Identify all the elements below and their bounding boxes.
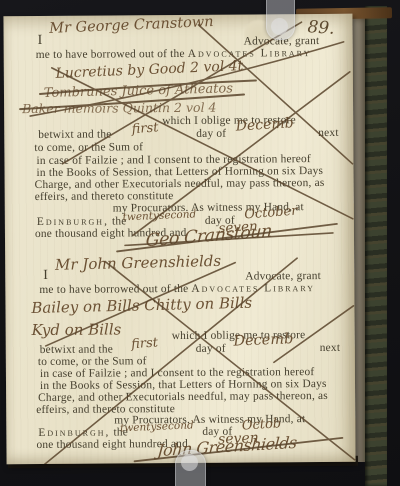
mounting-clip-bottom [175,450,206,486]
printed-pronoun: I [38,33,43,49]
printed-next: next [320,342,341,354]
borrower-name: Mr John Greenshields [55,252,222,274]
printed-borrowed: me to have borrowed out of the [36,48,188,61]
printed-advocate-grant: Advocate, grant [245,270,321,283]
book-line: Tombrunes Juice of Atheatos [44,81,233,101]
printed-next: next [318,127,339,139]
printed-betwixt: betwixt and the [38,128,111,141]
printed-betwixt: betwixt and the [40,343,113,356]
printed-edinburgh: Edinburgh, [38,426,110,439]
signature: Geo Cranstoun [145,221,272,251]
printed-charge: Charge, and other Executorials needful, … [35,177,325,191]
due-month: Decemb [235,115,294,134]
printed-charge: Charge, and other Executorials needful, … [38,390,328,404]
printed-day-of: day of [196,343,226,355]
document-page: 89. I Mr George Cranstown Advocate, gran… [3,14,355,464]
signed-day: twentysecond [120,419,194,434]
printed-borrowed-line: me to have borrowed out of the Advocates… [36,47,312,61]
entry-block-1: I Mr George Cranstown Advocate, grant me… [3,14,352,16]
printed-library-name: Advocates Library [191,282,315,295]
printed-pronoun: I [43,268,48,284]
printed-edinburgh-line: Edinburgh, the [38,426,128,439]
signed-day: twentysecond [122,208,196,223]
printed-borrowed-line: me to have borrowed out of the Advocates… [39,282,315,296]
printed-to-come: to come, or the Sum of [38,355,147,368]
printed-effeirs: effeirs, and thereto constitute [35,190,174,203]
borrower-name: Mr George Cranstown [49,14,214,37]
book-line: Baker memoirs Quintin 2 vol 4 [22,100,216,116]
photo-background: 89. I Mr George Cranstown Advocate, gran… [0,0,400,486]
printed-to-come: to come, or the Sum of [34,141,143,154]
book-board-edge [365,6,387,486]
printed-day-of: day of [196,128,226,140]
printed-library-name: Advocates Library [188,47,312,60]
mounting-clip-dot [271,18,288,35]
book-line: Bailey on Bills Chitty on Bills [31,294,252,317]
due-day: first [131,120,159,137]
mounting-clip-dot [181,454,198,471]
book-line: Lucretius by Good 2 vol 4t [55,58,243,82]
mounting-clip-top [266,0,295,40]
printed-edinburgh-line: Edinburgh, the [37,215,127,228]
printed-borrowed: me to have borrowed out of the [39,283,191,296]
due-month: Decemb [233,331,294,349]
due-day: first [131,335,159,352]
printed-edinburgh: Edinburgh, [37,215,109,228]
book-line: Kyd on Bills [32,320,122,339]
